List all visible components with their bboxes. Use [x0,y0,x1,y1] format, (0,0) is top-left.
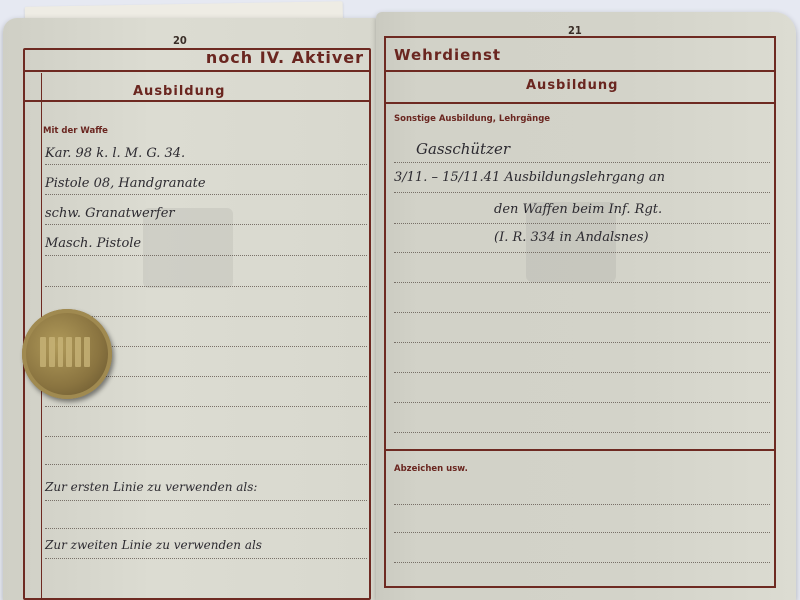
ruled-line [394,562,770,563]
field-label-weapons: Mit der Waffe [43,126,108,136]
right-section-title: Ausbildung [526,78,618,93]
ruled-line [394,432,770,433]
ruled-line [45,464,367,465]
ruled-line [394,282,770,283]
page-number-left: 20 [173,34,187,47]
ruled-line [45,194,367,195]
ruled-line [45,164,367,165]
handwritten-entry: Masch. Pistole [45,236,141,251]
field-label-other-training: Sonstige Ausbildung, Lehrgänge [394,114,550,124]
divider [386,449,774,451]
left-header-title: noch IV. Aktiver [206,48,364,67]
handwritten-entry: Pistole 08, Handgranate [45,176,206,191]
ruled-line [45,528,367,529]
divider [386,102,774,104]
ruled-line [45,255,367,256]
ruled-line [394,223,770,224]
handwritten-entry: den Waffen beim Inf. Rgt. [494,202,662,217]
handwritten-footer-entry: Zur ersten Linie zu verwenden als: [45,480,257,494]
ruled-line [45,224,367,225]
ruled-line [45,500,367,501]
ruled-line [45,406,367,407]
ruled-line [394,192,770,193]
handwritten-footer-entry: Zur zweiten Linie zu verwenden als [45,538,262,552]
coin [22,309,112,399]
right-page: 21 Wehrdienst Ausbildung Sonstige Ausbil… [376,12,796,600]
ruled-line [394,342,770,343]
ruled-line [394,162,770,163]
handwritten-entry: Kar. 98 k. l. M. G. 34. [45,146,185,161]
handwritten-entry: Gasschützer [416,140,510,158]
ruled-line [45,436,367,437]
ruled-line [394,532,770,533]
ruled-line [394,372,770,373]
ruled-line [394,504,770,505]
left-section-title: Ausbildung [133,84,225,99]
ruled-line [394,312,770,313]
ruled-line [394,402,770,403]
handwritten-entry: 3/11. – 15/11.41 Ausbildungslehrgang an [394,170,665,185]
divider [25,70,369,72]
divider [25,100,369,102]
field-label-badges: Abzeichen usw. [394,464,468,474]
handwritten-entry: schw. Granatwerfer [45,206,175,221]
divider [386,70,774,72]
ruled-line [45,286,367,287]
ruled-line [45,558,367,559]
ruled-line [394,252,770,253]
brandenburg-gate-icon [40,337,90,367]
right-header-title: Wehrdienst [394,46,501,64]
handwritten-entry: (I. R. 334 in Andalsnes) [494,230,649,245]
